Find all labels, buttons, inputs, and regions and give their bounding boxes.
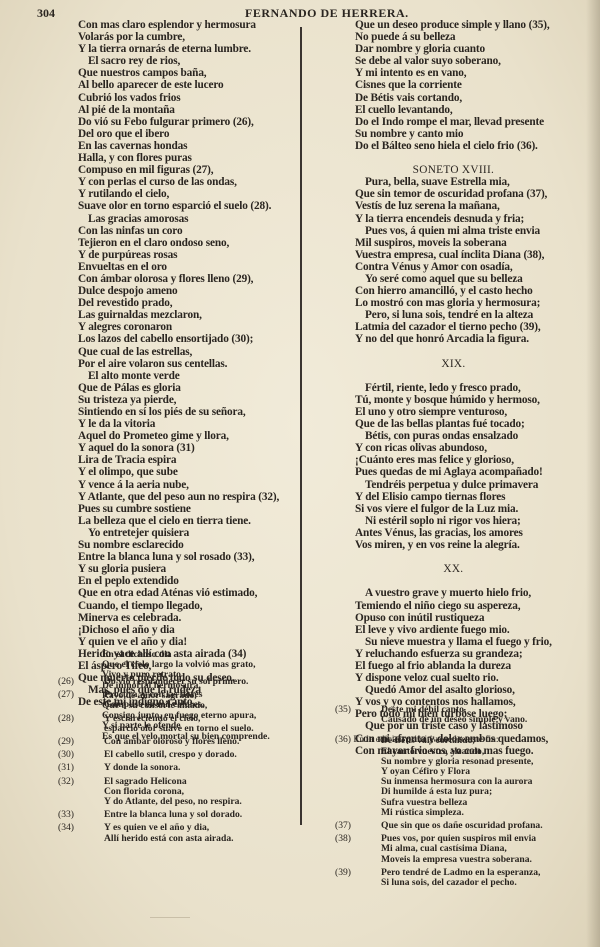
verse-line: De Bétis vais cortando, — [355, 92, 552, 104]
footnote-line: Que sin que os dañe oscuridad profana. — [381, 821, 585, 831]
verse-line: Con ámbar olorosa y flores lleno (29), — [78, 273, 279, 285]
footnote-line: esparció olor suave en torno el suelo. — [104, 724, 298, 734]
verse-line: Se debe al valor suyo soberano, — [355, 55, 552, 67]
verse-line: El cuello levantando, — [355, 104, 552, 116]
verse-line: Y su gloria pusiera — [78, 563, 279, 575]
footnote-body: Procura, y con las floresCompuso en mil … — [104, 690, 298, 710]
footnote-body: El sagrado HeliconaCon florida corona,Y … — [104, 777, 298, 808]
footnote-body: De Bétis vais cortando,El canto vuestro … — [381, 735, 585, 818]
section-heading: XX. — [355, 563, 552, 575]
footnote-line: Moveis la empresa vuestra soberana. — [381, 855, 585, 865]
footnote: (33)Entre la blanca luna y sol dorado. — [58, 810, 298, 820]
verse-line: ¡Dichoso el año y dia — [78, 624, 279, 636]
verse-line: Tú, monte y bosque húmido y hermoso, — [355, 394, 552, 406]
verse-line: Vuestra empresa, cual ínclita Diana (38)… — [355, 249, 552, 261]
verse-line: ¡Cuánto eres mas felice y glorioso, — [355, 454, 552, 466]
verse-line: Que un deseo produce simple y llano (35)… — [355, 19, 552, 31]
verse-line: Con las ninfas un coro — [78, 225, 279, 237]
verse-line: Cuando, el tiempo llegado, — [78, 600, 279, 612]
verse-line: Pues su cumbre sostiene — [78, 503, 279, 515]
footnote: (38)Pues vos, por quien suspiros mil env… — [335, 834, 585, 865]
verse-line: El leve y vivo ardiente fuego mio. — [355, 624, 552, 636]
page-number: 304 — [37, 6, 55, 21]
verse-line: Pues quedas de mi Aglaya acompañado! — [355, 466, 552, 478]
verse-line: Que de Pálas es gloria — [78, 382, 279, 394]
right-column-poems: Que un deseo produce simple y llano (35)… — [355, 19, 552, 757]
page-edge-shadow — [586, 0, 600, 947]
footnote-line: Si luna sois, del cazador el pecho. — [381, 878, 585, 888]
verse-line: Y no del que honró Arcadia la figura. — [355, 333, 552, 345]
verse-line: Del oro que el ibero — [78, 128, 279, 140]
verse-line: Su tristeza ya pierde, — [78, 394, 279, 406]
section-heading: XIX. — [355, 358, 552, 370]
verse-line: Y quien ve el año y dia! — [78, 636, 279, 648]
footnote-number: (32) — [58, 777, 74, 787]
verse-line: Lira de Tracia espira — [78, 454, 279, 466]
footnote: (28)Y esclareciendo el cielo,esparció ol… — [58, 714, 298, 734]
verse-line: Al bello aparecer de este lucero — [78, 79, 279, 91]
footnote-line: Mi rústica simpleza. — [381, 808, 585, 818]
footnote-body: Que sin que os dañe oscuridad profana. — [381, 821, 585, 831]
verse-line: Las gracias amorosas — [78, 213, 279, 225]
verse-line: Y del Elisio campo tiernas flores — [355, 491, 552, 503]
verse-line: En las cavernas hondas — [78, 140, 279, 152]
verse-line: Y con ricas olivas abundoso, — [355, 442, 552, 454]
footnote-body: Do vió resplandecer su sol primero. — [104, 677, 298, 687]
verse-line: La belleza que el cielo en tierra tiene. — [78, 515, 279, 527]
verse-line: Del revestido prado, — [78, 297, 279, 309]
left-column-poem: Con mas claro esplendor y hermosuraVolar… — [78, 19, 279, 708]
verse-line: Quedó Amor del asalto glorioso, — [355, 684, 552, 696]
verse-line: Volarás por la cumbre, — [78, 31, 279, 43]
verse-line: Dulce despojo ameno — [78, 285, 279, 297]
verse-line: Y el olimpo, que sube — [78, 466, 279, 478]
verse-line: Y le da la vitoria — [78, 418, 279, 430]
footnote-line: El cabello sutil, crespo y dorado. — [104, 750, 298, 760]
footnote-line: Compuso en mil colores. — [104, 700, 298, 710]
verse-line: Y rutilando el cielo, — [78, 188, 279, 200]
verse-line — [355, 370, 552, 382]
verse-line: Mil suspiros, moveis la soberana — [355, 237, 552, 249]
footnote-body: Deste mi débil canto,Causado de un deseo… — [381, 705, 585, 725]
verse-line: Con hierro amancilló, y el casto hecho — [355, 285, 552, 297]
verse-line: Por el aire volaron sus centellas. — [78, 358, 279, 370]
footnote-line: Y donde la sonora. — [104, 763, 298, 773]
verse-line: Latmia del cazador el tierno pecho (39), — [355, 321, 552, 333]
footnote-body: Y esclareciendo el cielo,esparció olor s… — [104, 714, 298, 734]
verse-line: Al pié de la montaña — [78, 104, 279, 116]
verse-line: Y dispone veloz cual suelto rio. — [355, 672, 552, 684]
verse-line: Con mas claro esplendor y hermosura — [78, 19, 279, 31]
verse-line: El alto monte verde — [78, 370, 279, 382]
footnote-body: Y donde la sonora. — [104, 763, 298, 773]
footnote: (30)El cabello sutil, crespo y dorado. — [58, 750, 298, 760]
footnote: (27)Procura, y con las floresCompuso en … — [58, 690, 298, 710]
footnote-body: Entre la blanca luna y sol dorado. — [104, 810, 298, 820]
verse-line: Yo entretejer quisiera — [78, 527, 279, 539]
footnote: (36) En la edicion primitiva se lee este… — [335, 735, 585, 818]
verse-line: Vestís de luz serena la mañana, — [355, 200, 552, 212]
footnote-number: (33) — [58, 810, 74, 820]
footnote: (31)Y donde la sonora. — [58, 763, 298, 773]
footnote-number: (37) — [335, 821, 351, 831]
verse-line: Que nuestros campos baña, — [78, 67, 279, 79]
footnote: (34)Y es quien ve el año y dia,Allí heri… — [58, 823, 298, 843]
verse-line: Y reluchando esfuerza su grandeza; — [355, 648, 552, 660]
footnote-number: (28) — [58, 714, 74, 724]
verse-line — [355, 152, 552, 164]
footnote-number: (31) — [58, 763, 74, 773]
verse-line — [355, 551, 552, 563]
verse-line: Y Atlante, que del peso aun no respira (… — [78, 491, 279, 503]
footnote-line: Causado de un deseo simple y vano. — [381, 715, 585, 725]
verse-line: En el peplo extendido — [78, 575, 279, 587]
verse-line: Tejieron en el claro ondoso seno, — [78, 237, 279, 249]
verse-line: Do vió su Febo fulgurar primero (26), — [78, 116, 279, 128]
verse-line: Vos miren, y en vos reine la alegría. — [355, 539, 552, 551]
verse-line: Halla, y con flores puras — [78, 152, 279, 164]
verse-line: Su nieve muestra y llama el fuego y frio… — [355, 636, 552, 648]
verse-line: Aquel do Prometeo gime y llora, — [78, 430, 279, 442]
verse-line: Y aquel do la sonora (31) — [78, 442, 279, 454]
footnote-body: Pues vos, por quien suspiros mil enviaMi… — [381, 834, 585, 865]
footnote-line: Entre la blanca luna y sol dorado. — [104, 810, 298, 820]
verse-line: Pero, si luna sois, tendré en la alteza — [355, 309, 552, 321]
verse-line: El uno y otro siempre venturoso, — [355, 406, 552, 418]
footnote-body: El cabello sutil, crespo y dorado. — [104, 750, 298, 760]
verse-line: Su nombre y canto mio — [355, 128, 552, 140]
verse-line: Dar nombre y gloria cuanto — [355, 43, 552, 55]
footnote: (26)Do vió resplandecer su sol primero. — [58, 677, 298, 687]
verse-line: Yo seré como aquel que su belleza — [355, 273, 552, 285]
verse-line: Que en otra edad Aténas vió estimado, — [78, 587, 279, 599]
verse-line: Tendréis perpetua y dulce primavera — [355, 479, 552, 491]
verse-line: Su nombre esclarecido — [78, 539, 279, 551]
footnote-number: (27) — [58, 690, 74, 700]
verse-line: Que sin temor de oscuridad profana (37), — [355, 188, 552, 200]
verse-line: Lo mostró con mas gloria y hermosura; — [355, 297, 552, 309]
footnote-number: (34) — [58, 823, 74, 833]
verse-line: Fértil, riente, ledo y fresco prado, — [355, 382, 552, 394]
footnote-number: (26) — [58, 677, 74, 687]
footnote-body: Pero tendré de Ladmo en la esperanza,Si … — [381, 868, 585, 888]
verse-line: Compuso en mil figuras (27), — [78, 164, 279, 176]
verse-line: A vuestro grave y muerto hielo frio, — [355, 587, 552, 599]
verse-line: Ni estéril soplo ni rigor vos hiera; — [355, 515, 552, 527]
verse-line: Y la tierra encendeis desnuda y fria; — [355, 213, 552, 225]
left-footnotes: (26)Do vió resplandecer su sol primero.(… — [58, 677, 298, 847]
verse-line — [355, 575, 552, 587]
verse-line: Entre la blanca luna y sol rosado (33), — [78, 551, 279, 563]
verse-line: El sacro rey de rios, — [78, 55, 279, 67]
footnote-number: (38) — [335, 834, 351, 844]
verse-line: Y con perlas el curso de las ondas, — [78, 176, 279, 188]
section-heading: SONETO XVIII. — [355, 164, 552, 176]
footnote-line: Con ámbar oloroso y flores lleno. — [104, 737, 298, 747]
footnote-body: Con ámbar oloroso y flores lleno. — [104, 737, 298, 747]
verse-line: Sintiendo en sí los piés de su señora, — [78, 406, 279, 418]
verse-line: Y mi intento es en vano, — [355, 67, 552, 79]
verse-line: Temiendo el niño ciego su aspereza, — [355, 600, 552, 612]
verse-line: Cubrió los vados frios — [78, 92, 279, 104]
verse-line: Contra Vénus y Amor con osadía, — [355, 261, 552, 273]
verse-line: Pues vos, á quien mi alma triste envia — [355, 225, 552, 237]
verse-line: Cisnes que la corriente — [355, 79, 552, 91]
footnote-body: Y es quien ve el año y dia,Allí herido e… — [104, 823, 298, 843]
verse-line: El fuego al frio ablanda la dureza — [355, 660, 552, 672]
footnote-number: (29) — [58, 737, 74, 747]
footnote-number: (30) — [58, 750, 74, 760]
verse-line: Pura, bella, suave Estrella mia, — [355, 176, 552, 188]
verse-line: Suave olor en torno esparció el suelo (2… — [78, 200, 279, 212]
footnote-number: (39) — [335, 868, 351, 878]
verse-line: Y alegres coronaron — [78, 321, 279, 333]
verse-line: Que de las bellas plantas fué tocado; — [355, 418, 552, 430]
verse-line: Antes Vénus, las gracias, los amores — [355, 527, 552, 539]
verse-line: Minerva es celebrada. — [78, 612, 279, 624]
ink-smudge — [150, 917, 190, 918]
footnote-line: Allí herido está con asta airada. — [104, 834, 298, 844]
verse-line: Do el Bálteo seno hiela el cielo frio (3… — [355, 140, 552, 152]
verse-line: Y vence á la aeria nube, — [78, 479, 279, 491]
column-rule — [300, 27, 302, 825]
verse-line — [355, 346, 552, 358]
verse-line: Las guirnaldas mezclaron, — [78, 309, 279, 321]
footnote-number: (36) En la edicion primitiva se lee este… — [335, 735, 499, 745]
verse-line: Do el Indo rompe el mar, llevad presente — [355, 116, 552, 128]
footnote: (37)Que sin que os dañe oscuridad profan… — [335, 821, 585, 831]
verse-line: Que cual de las estrellas, — [78, 346, 279, 358]
footnote: (32)El sagrado HeliconaCon florida coron… — [58, 777, 298, 808]
verse-line: Si vos viere el fulgor de la Luz mia. — [355, 503, 552, 515]
right-footnotes: (35)Deste mi débil canto,Causado de un d… — [335, 705, 585, 891]
verse-line: Y de purpúreas rosas — [78, 249, 279, 261]
verse-line: Los lazos del cabello ensortijado (30); — [78, 333, 279, 345]
footnote-line: Do vió resplandecer su sol primero. — [104, 677, 298, 687]
footnote: (35)Deste mi débil canto,Causado de un d… — [335, 705, 585, 725]
verse-line: No puede á su belleza — [355, 31, 552, 43]
footnote: (39)Pero tendré de Ladmo en la esperanza… — [335, 868, 585, 888]
footnote-number: (35) — [335, 705, 351, 715]
verse-line: Y la tierra ornarás de eterna lumbre. — [78, 43, 279, 55]
footnote-line: Y do Atlante, del peso, no respira. — [104, 797, 298, 807]
verse-line: Bétis, con puras ondas ensalzado — [355, 430, 552, 442]
footnote: (29)Con ámbar oloroso y flores lleno. — [58, 737, 298, 747]
verse-line: Envueltas en el oro — [78, 261, 279, 273]
verse-line: Opuso con inútil rustiqueza — [355, 612, 552, 624]
